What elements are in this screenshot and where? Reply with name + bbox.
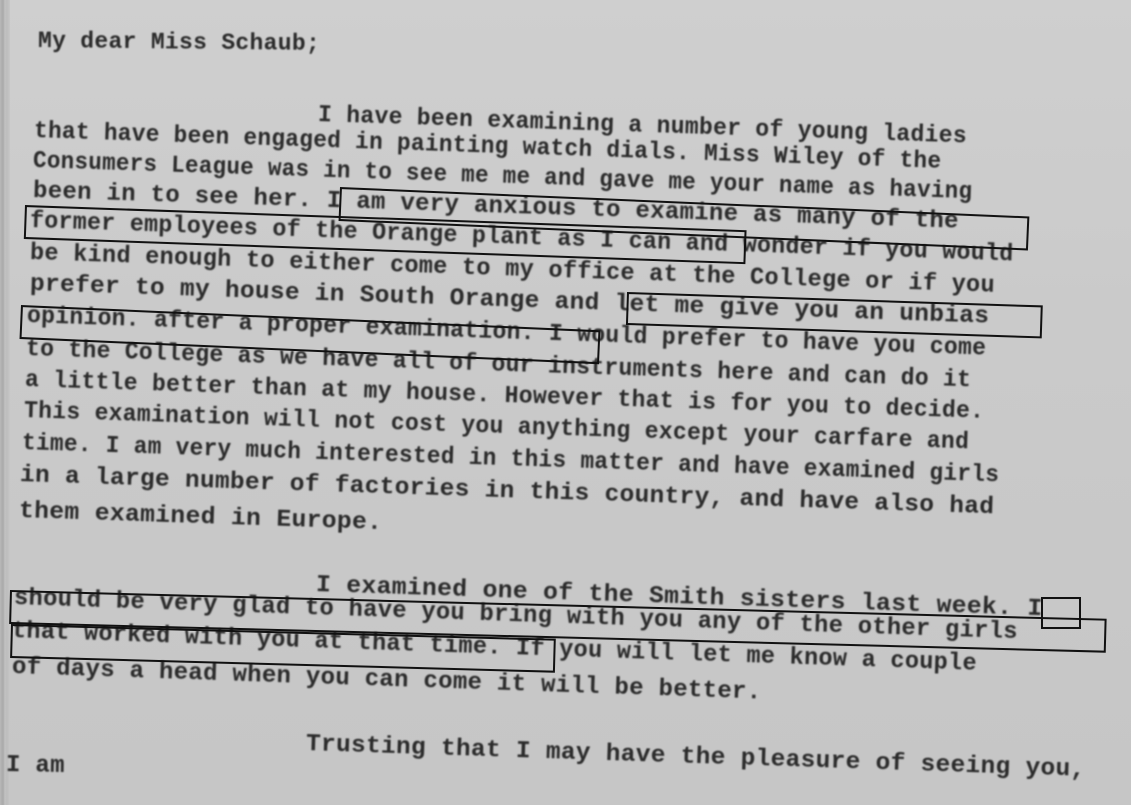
closing: I am bbox=[6, 752, 65, 780]
paragraph-1-line-14: them examined in Europe. bbox=[19, 498, 383, 537]
paragraph-3-line-1: Trusting that I may have the pleasure of… bbox=[306, 731, 1086, 784]
page-binding-edge bbox=[0, 0, 10, 805]
salutation: My dear Miss Schaub; bbox=[38, 28, 320, 57]
scanned-letter-page: My dear Miss Schaub; I have been examini… bbox=[0, 0, 1131, 805]
highlight-box-I bbox=[1041, 597, 1081, 629]
